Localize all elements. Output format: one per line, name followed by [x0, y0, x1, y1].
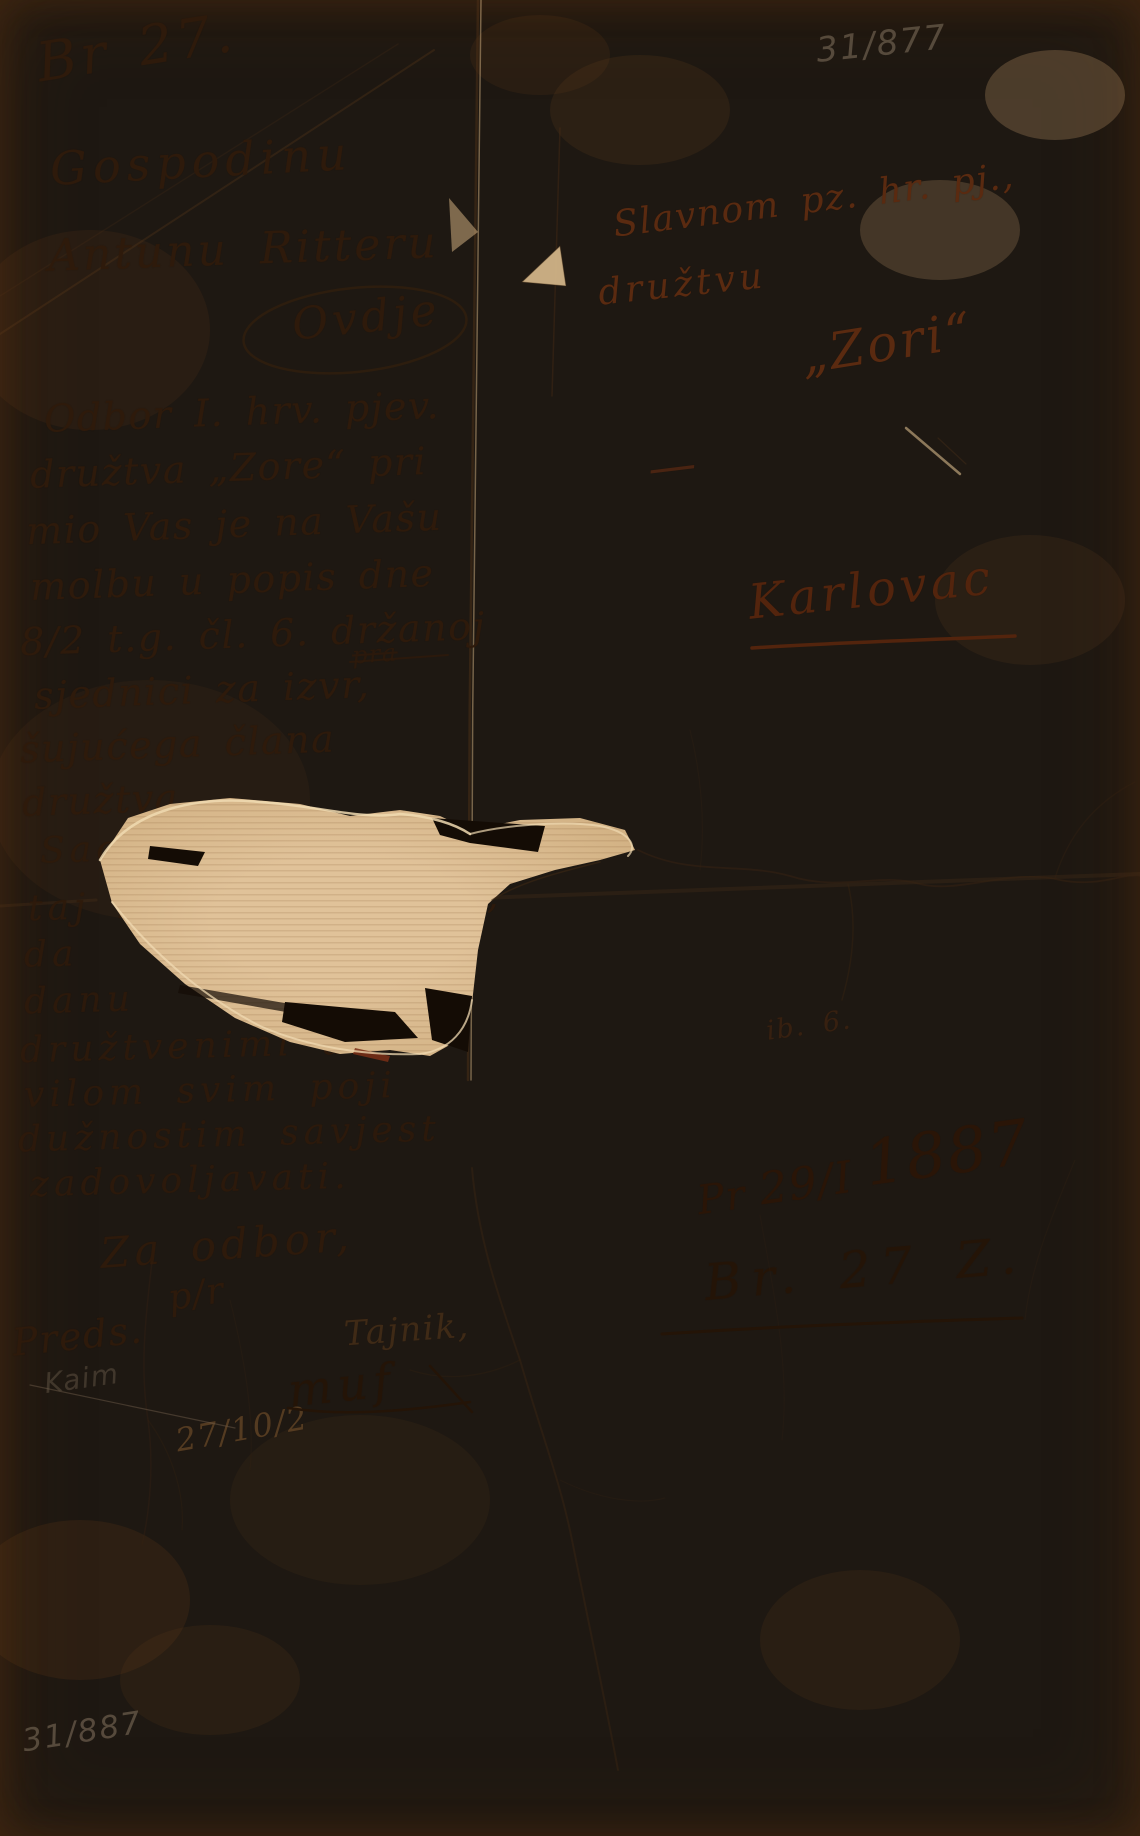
- registry-underline: [662, 1318, 1022, 1334]
- ink-flourishes: [239, 277, 1022, 1413]
- tear-and-ink-details: [0, 0, 1140, 1836]
- karlovac-underline: [752, 636, 1015, 648]
- letter-page: Br 27. 31/877 Gospodinu Antunu Ritteru O…: [0, 0, 1140, 1836]
- crack-lines: [30, 730, 1140, 1770]
- signature-flourish: [288, 1402, 470, 1412]
- tear-gaps: [148, 818, 545, 1062]
- inserted-word-strike: [350, 655, 448, 662]
- ovdje-circle-flourish: [239, 277, 471, 384]
